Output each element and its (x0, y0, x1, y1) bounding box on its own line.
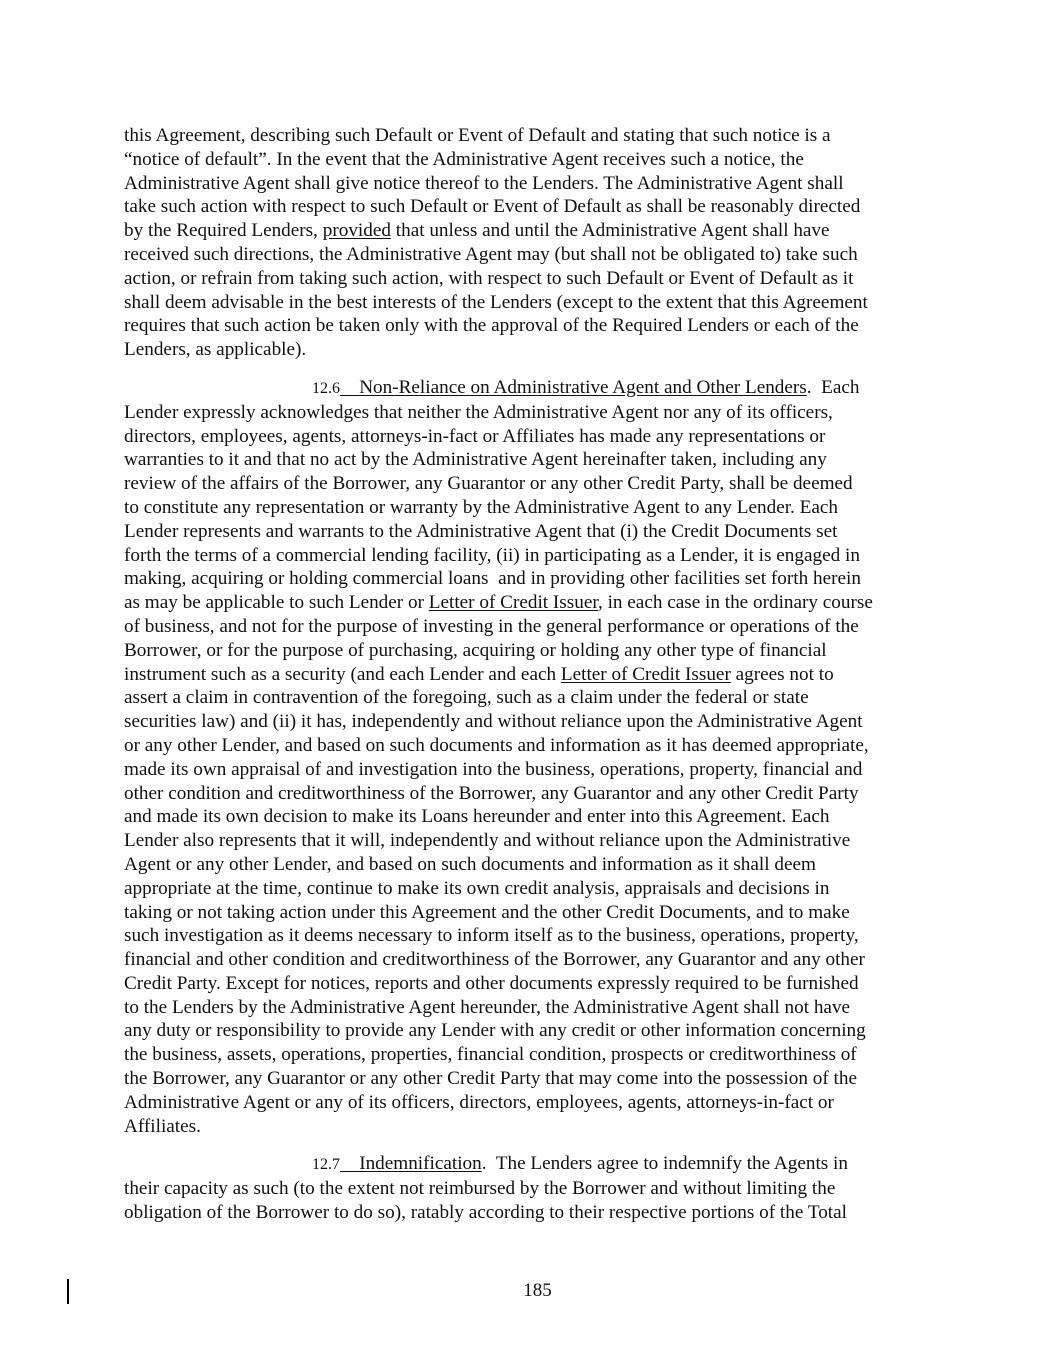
text-line: shall deem advisable in the best interes… (124, 291, 924, 315)
section-12-6: 12.6 Non-Reliance on Administrative Agen… (124, 376, 924, 1139)
defined-term-provided: provided (323, 220, 391, 241)
text-line: obligation of the Borrower to do so), ra… (124, 1201, 924, 1225)
text-line: making, acquiring or holding commercial … (124, 567, 924, 591)
text-line: securities law) and (ii) it has, indepen… (124, 710, 924, 734)
section-heading: Indemnification (340, 1153, 482, 1174)
text-line: by the Required Lenders, provided that u… (124, 219, 924, 243)
text-line: appropriate at the time, continue to mak… (124, 877, 924, 901)
text-line: Administrative Agent or any of its offic… (124, 1091, 924, 1115)
text-line: Lender expressly acknowledges that neith… (124, 401, 924, 425)
text-line: Affiliates. (124, 1115, 924, 1139)
text-line: instrument such as a security (and each … (124, 663, 924, 687)
text-line: of business, and not for the purpose of … (124, 615, 924, 639)
text-line: Administrative Agent shall give notice t… (124, 172, 924, 196)
text-line: made its own appraisal of and investigat… (124, 758, 924, 782)
text-line: take such action with respect to such De… (124, 195, 924, 219)
text-run: , in each case in the ordinary course (598, 592, 873, 613)
text-line: “notice of default”. In the event that t… (124, 148, 924, 172)
text-line: received such directions, the Administra… (124, 243, 924, 267)
text-line: review of the affairs of the Borrower, a… (124, 472, 924, 496)
text-line: directors, employees, agents, attorneys-… (124, 425, 924, 449)
paragraph-continuation: this Agreement, describing such Default … (124, 124, 924, 362)
text-line: any duty or responsibility to provide an… (124, 1019, 924, 1043)
text-line: assert a claim in contravention of the f… (124, 686, 924, 710)
text-line: the business, assets, operations, proper… (124, 1043, 924, 1067)
text-line: Borrower, or for the purpose of purchasi… (124, 639, 924, 663)
text-line: this Agreement, describing such Default … (124, 124, 924, 148)
text-line: as may be applicable to such Lender or L… (124, 591, 924, 615)
document-body: this Agreement, describing such Default … (124, 124, 924, 1239)
text-run: . Each (807, 377, 860, 398)
text-line: Lenders, as applicable). (124, 338, 924, 362)
text-run: agrees not to (731, 664, 834, 685)
text-line: such investigation as it deems necessary… (124, 924, 924, 948)
text-line: forth the terms of a commercial lending … (124, 544, 924, 568)
text-line: Agent or any other Lender, and based on … (124, 853, 924, 877)
text-line: or any other Lender, and based on such d… (124, 734, 924, 758)
section-12-7: 12.7 Indemnification. The Lenders agree … (124, 1152, 924, 1224)
section-heading-line: 12.6 Non-Reliance on Administrative Agen… (124, 376, 924, 401)
text-line: warranties to it and that no act by the … (124, 448, 924, 472)
document-page: this Agreement, describing such Default … (0, 0, 1055, 1365)
text-line: Credit Party. Except for notices, report… (124, 972, 924, 996)
text-line: Lender represents and warrants to the Ad… (124, 520, 924, 544)
text-run: instrument such as a security (and each … (124, 664, 561, 685)
text-line: financial and other condition and credit… (124, 948, 924, 972)
text-line: action, or refrain from taking such acti… (124, 267, 924, 291)
text-line: Lender also represents that it will, ind… (124, 829, 924, 853)
defined-term-letter-of-credit-issuer: Letter of Credit Issuer (561, 664, 731, 685)
text-run: that unless and until the Administrative… (391, 220, 830, 241)
section-number: 12.7 (312, 1156, 340, 1173)
page-number: 185 (0, 1280, 1055, 1302)
text-run: . The Lenders agree to indemnify the Age… (482, 1153, 848, 1174)
section-heading-line: 12.7 Indemnification. The Lenders agree … (124, 1152, 924, 1177)
text-run: as may be applicable to such Lender or (124, 592, 429, 613)
section-number: 12.6 (312, 380, 340, 397)
defined-term-letter-of-credit-issuer: Letter of Credit Issuer (429, 592, 598, 613)
text-line: to constitute any representation or warr… (124, 496, 924, 520)
text-line: their capacity as such (to the extent no… (124, 1177, 924, 1201)
text-line: the Borrower, any Guarantor or any other… (124, 1067, 924, 1091)
section-heading: Non-Reliance on Administrative Agent and… (340, 377, 807, 398)
text-run: by the Required Lenders, (124, 220, 323, 241)
text-line: other condition and creditworthiness of … (124, 782, 924, 806)
text-line: taking or not taking action under this A… (124, 901, 924, 925)
text-line: requires that such action be taken only … (124, 314, 924, 338)
text-line: to the Lenders by the Administrative Age… (124, 996, 924, 1020)
text-line: and made its own decision to make its Lo… (124, 805, 924, 829)
